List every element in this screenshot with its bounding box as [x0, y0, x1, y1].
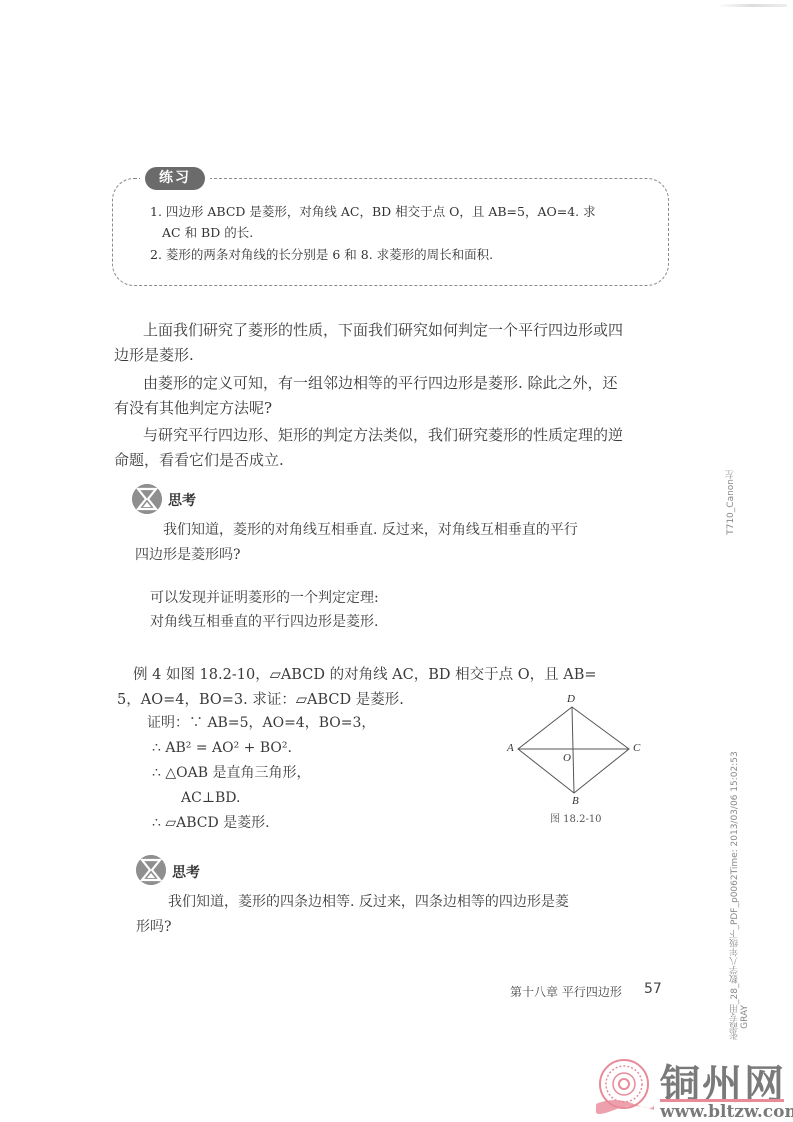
point-label-d: D	[567, 693, 575, 705]
intro-paragraph-1-cont: 边形是菱形.	[114, 345, 194, 365]
point-label-o: O	[563, 752, 571, 764]
proof-line-2: ∴ AB² = AO² + BO².	[152, 738, 292, 758]
think-paragraph: 我们知道，菱形的四条边相等. 反过来，四条边相等的四边形是菱	[168, 892, 569, 912]
intro-paragraph-3: 与研究平行四边形、矩形的判定方法类似，我们研究菱形的性质定理的逆	[143, 425, 623, 445]
watermark-logo-icon	[594, 1058, 654, 1118]
intro-paragraph-1: 上面我们研究了菱形的性质，下面我们研究如何判定一个平行四边形或四	[143, 320, 623, 340]
scan-mark-top: T710_Canon左	[724, 470, 737, 535]
think-paragraph-cont: 形吗?	[136, 917, 172, 937]
think-paragraph-cont: 四边形是菱形吗?	[135, 545, 241, 565]
proof-line-1: 证明：∵ AB=5，AO=4，BO=3，	[147, 713, 375, 733]
think-paragraph: 我们知道，菱形的对角线互相垂直. 反过来，对角线互相垂直的平行	[163, 520, 578, 540]
exercise-item-2: 2. 菱形的两条对角线的长分别是 6 和 8. 求菱形的周长和面积.	[150, 245, 493, 265]
intro-paragraph-2-cont: 有没有其他判定方法呢?	[114, 398, 272, 418]
exercise-item-1-cont: AC 和 BD 的长.	[162, 223, 253, 243]
scan-artifact	[717, 4, 787, 7]
exercise-tag: 练习	[145, 167, 205, 190]
proof-line-4: AC⊥BD.	[181, 788, 240, 808]
scan-mark-gray: GRAY	[740, 1005, 750, 1029]
proof-line-3: ∴ △OAB 是直角三角形，	[152, 763, 310, 783]
example-statement: 例 4 如图 18.2-10，▱ABCD 的对角线 AC，BD 相交于点 O，且…	[133, 665, 597, 685]
figure-caption: 图 18.2-10	[550, 810, 602, 825]
point-label-a: A	[507, 742, 514, 754]
point-label-c: C	[633, 742, 640, 754]
point-label-b: B	[572, 795, 579, 807]
chapter-title: 第十八章 平行四边形	[510, 983, 622, 1000]
page-number: 57	[644, 981, 662, 997]
intro-paragraph-3-cont: 命题，看看它们是否成立.	[114, 450, 284, 470]
exercise-item-1: 1. 四边形 ABCD 是菱形，对角线 AC，BD 相交于点 O，且 AB=5，…	[150, 202, 596, 222]
scan-mark-bottom: 张霞专用_28_数学八年级下_PDF_p0062Time: 2013/03/06…	[728, 695, 741, 1040]
think-icon	[132, 484, 162, 514]
rhombus-figure	[500, 690, 650, 810]
example-statement-cont: 5，AO=4，BO=3. 求证：▱ABCD 是菱形.	[117, 690, 404, 710]
intro-paragraph-2: 由菱形的定义可知，有一组邻边相等的平行四边形是菱形. 除此之外，还	[143, 373, 618, 393]
theorem-intro: 可以发现并证明菱形的一个判定定理:	[150, 588, 379, 608]
watermark-url: www.bltzw.com	[660, 1102, 793, 1122]
think-heading: 思考	[172, 862, 200, 882]
theorem-statement: 对角线互相垂直的平行四边形是菱形.	[150, 612, 378, 632]
proof-line-5: ∴ ▱ABCD 是菱形.	[152, 813, 270, 833]
think-heading: 思考	[168, 490, 196, 510]
think-icon	[136, 855, 166, 885]
